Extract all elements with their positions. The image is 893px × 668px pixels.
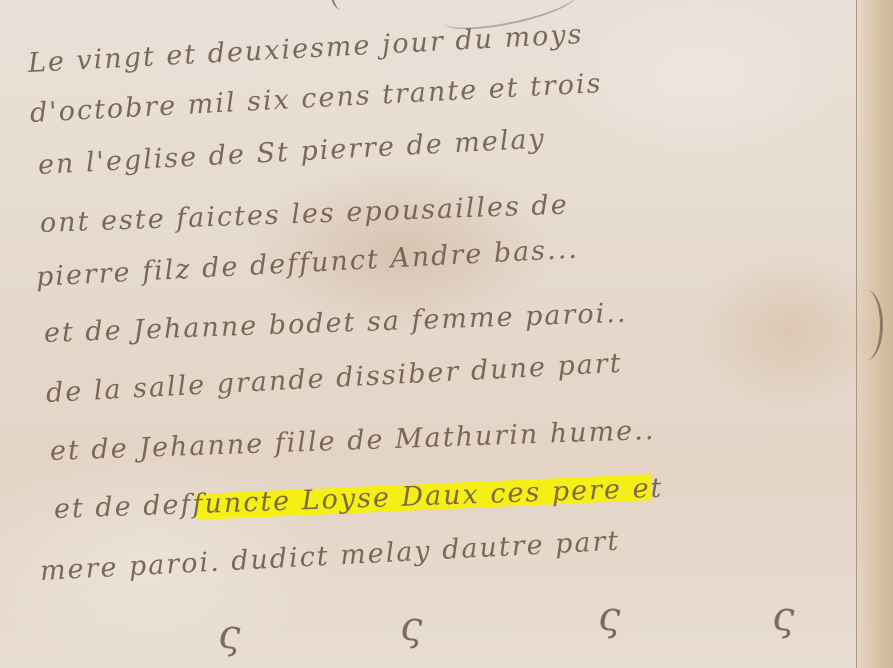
text-line-10: mere paroi. dudict melay dautre part bbox=[39, 526, 621, 587]
text-line-7: de la salle grande dissiber dune part bbox=[45, 348, 623, 409]
text-line-4: ont este faictes les epousailles de bbox=[39, 190, 569, 239]
text-line-3: en l'eglise de St pierre de melay bbox=[37, 123, 546, 181]
ink-flourish-top bbox=[330, 0, 353, 10]
footer-mark-1: ς bbox=[218, 612, 240, 658]
manuscript-page: Le vingt et deuxiesme jour du moys d'oct… bbox=[0, 0, 893, 668]
text-line-8: et de Jehanne fille de Mathurin hume.. bbox=[49, 415, 655, 467]
text-line-2: d'octobre mil six cens trante et trois bbox=[29, 68, 603, 129]
footer-mark-3: ς bbox=[598, 594, 620, 640]
ink-bracket-right bbox=[850, 290, 883, 360]
footer-mark-4: ς bbox=[772, 594, 794, 640]
text-line-6: et de Jehanne bodet sa femme paroi.. bbox=[43, 298, 627, 349]
text-line-9: et de deffuncte Loyse Daux ces pere et bbox=[53, 473, 663, 525]
footer-mark-2: ς bbox=[400, 604, 422, 650]
text-line-1: Le vingt et deuxiesme jour du moys bbox=[27, 19, 584, 79]
text-line-5: pierre filz de deffunct Andre bas... bbox=[35, 234, 579, 293]
